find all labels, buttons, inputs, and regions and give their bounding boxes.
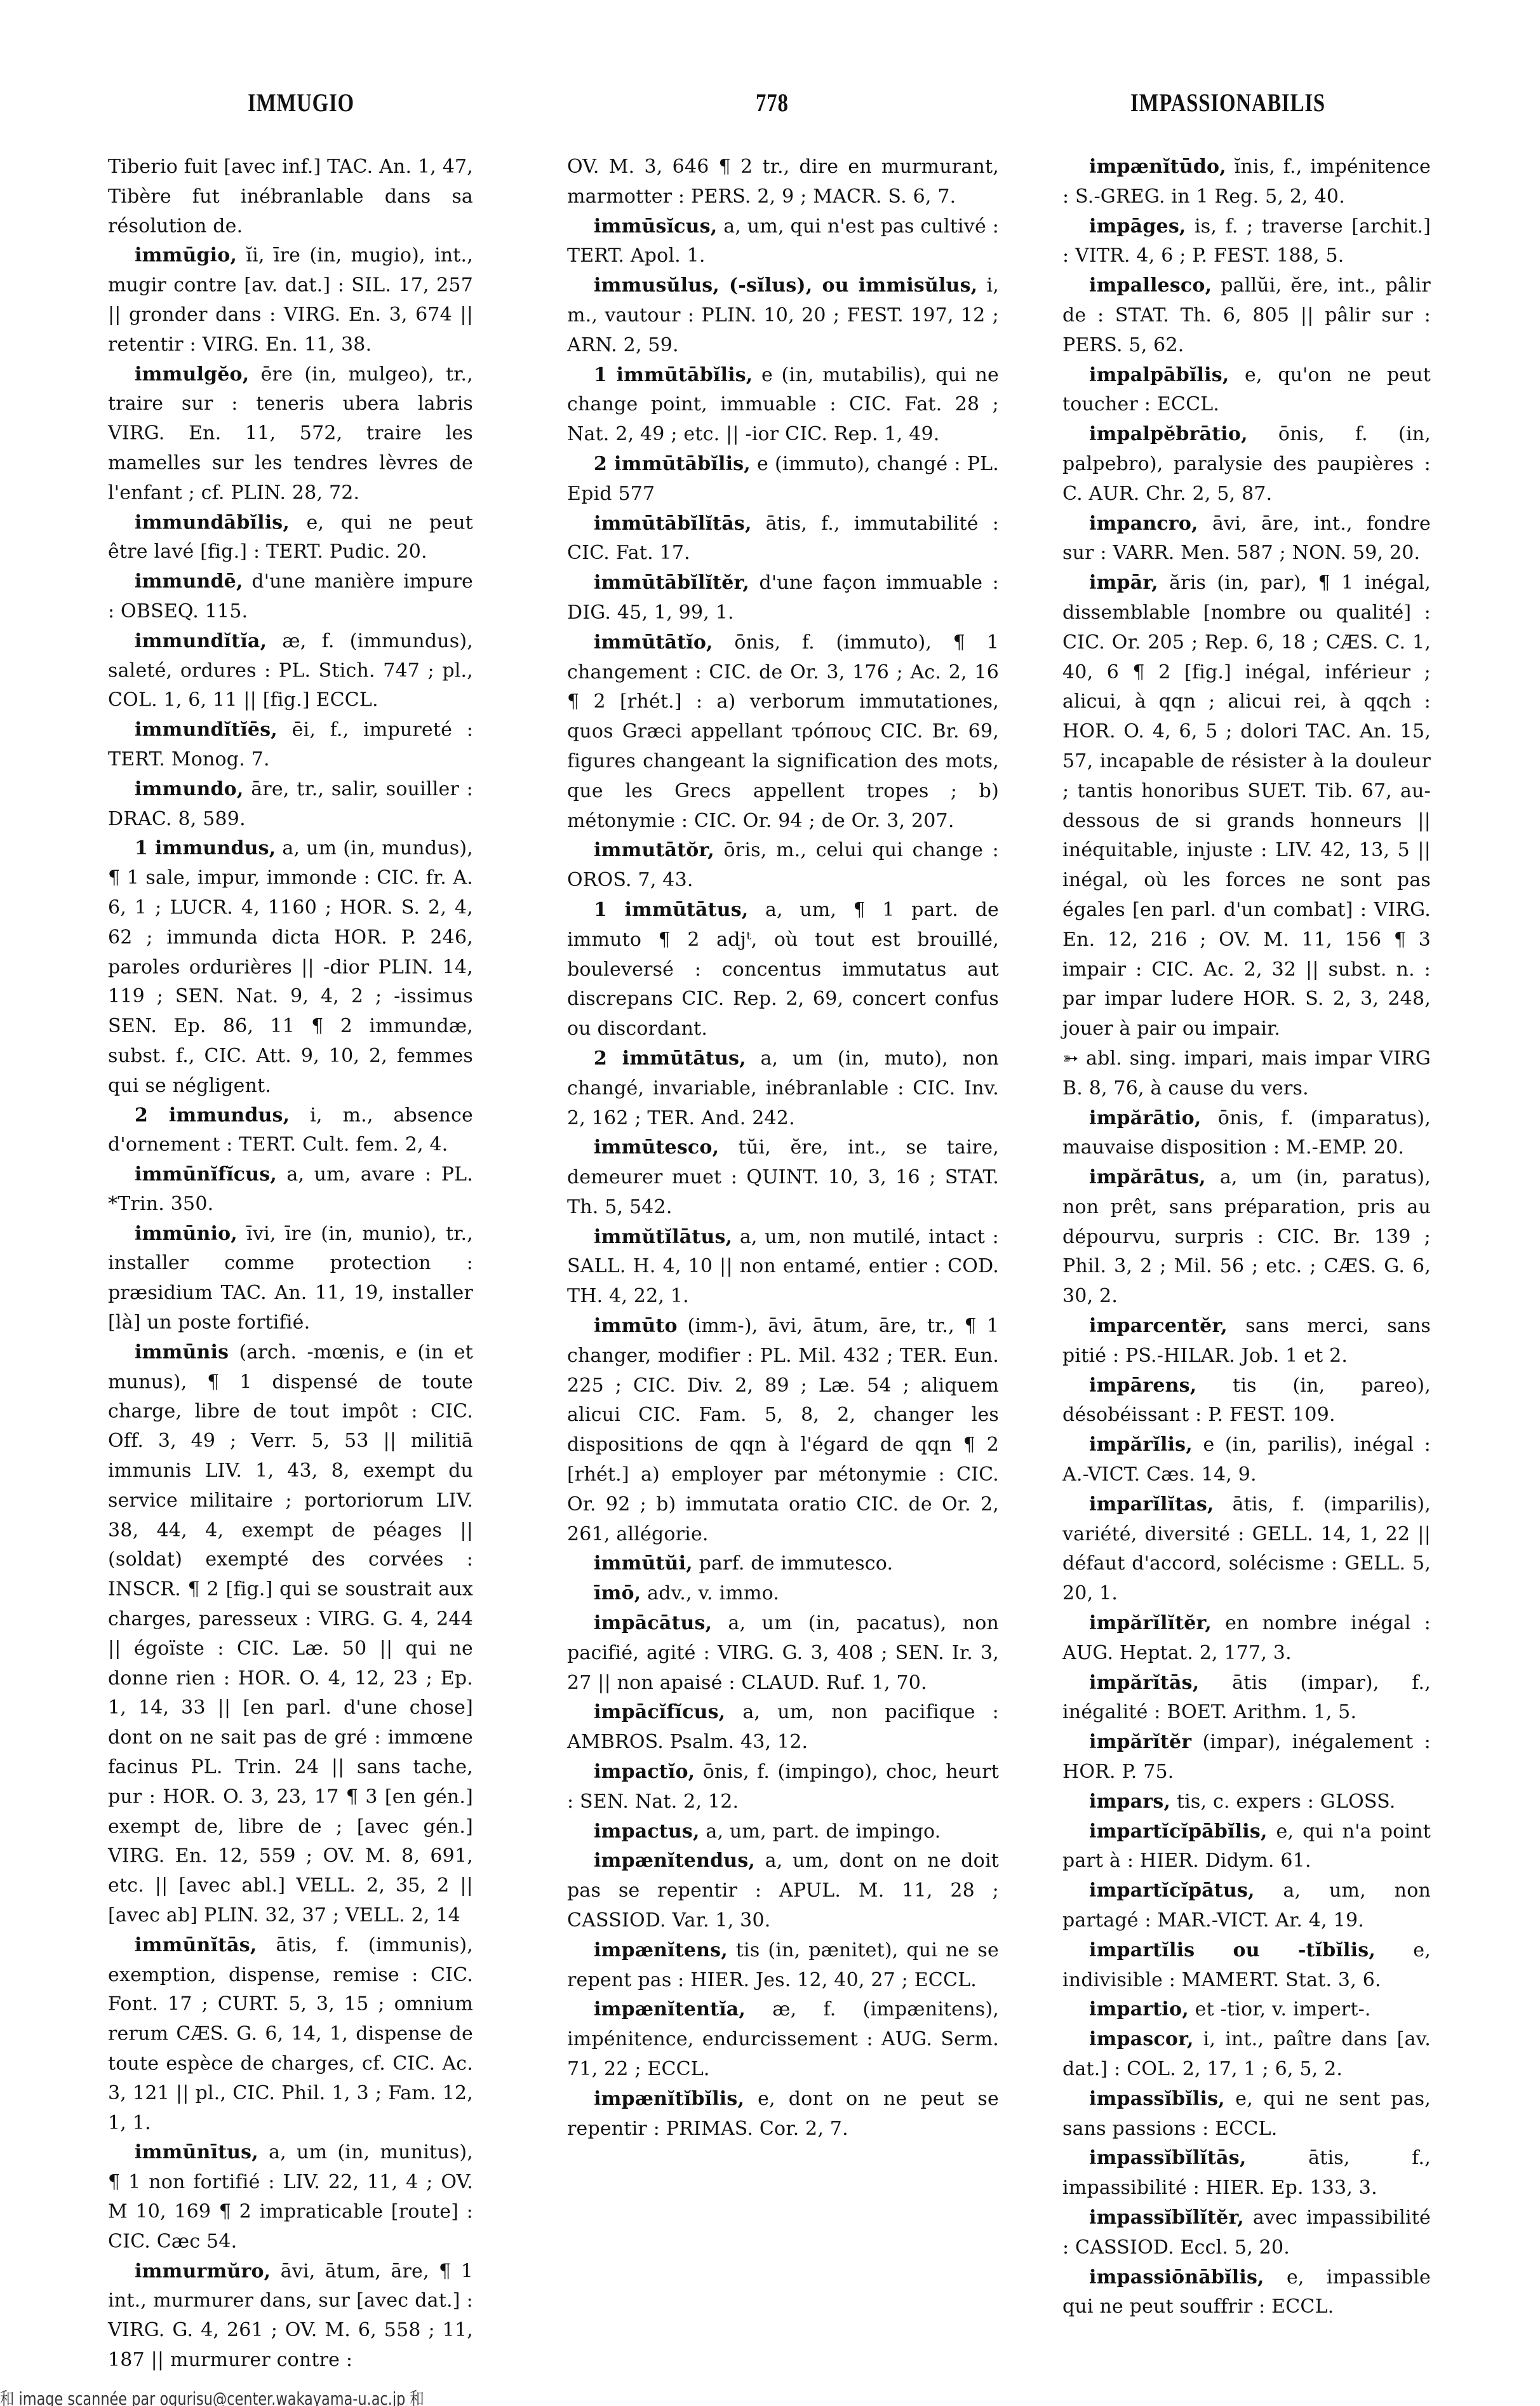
dictionary-entry: impartĭcĭpābĭlis, e, qui n'a point part … xyxy=(1062,1817,1431,1877)
entry-headword: immūsĭcus, xyxy=(594,215,717,238)
dictionary-entry: immusŭlus, (-sĭlus), ou immisŭlus, i, m.… xyxy=(567,271,999,360)
entry-headword: immūtŭi, xyxy=(594,1552,693,1575)
page-number: 778 xyxy=(756,88,789,118)
dictionary-entry: 1 immundus, a, um (in, mundus), ¶ 1 sale… xyxy=(108,834,473,1101)
right-guide-word: IMPASSIONABILIS xyxy=(1130,88,1325,118)
entry-headword: 1 immūtābĭlis, xyxy=(594,364,753,386)
entry-headword: imparĭlĭtas, xyxy=(1089,1493,1214,1516)
entry-definition: ăris (in, par), ¶ 1 inégal, dissemblable… xyxy=(1062,572,1431,1040)
entry-headword: impāges, xyxy=(1089,215,1186,238)
dictionary-entry: impassĭbĭlĭtās, ātis, f., impassibilité … xyxy=(1062,2144,1431,2203)
entry-headword: impărātus, xyxy=(1089,1166,1206,1188)
entry-headword: immūtesco, xyxy=(594,1136,719,1159)
entry-headword: impactĭo, xyxy=(594,1761,695,1783)
entry-headword: immutātŏr, xyxy=(594,839,714,861)
entry-headword: impār, xyxy=(1089,572,1158,594)
dictionary-entry: impascor, i, int., paître dans [av. dat.… xyxy=(1062,2025,1431,2085)
entry-definition: et -tior, v. impert-. xyxy=(1195,1998,1371,2020)
scan-credit: 和 image scannée par ogurisu@center.wakay… xyxy=(0,2385,424,2406)
entry-headword: impænĭtentĭa, xyxy=(594,1998,746,2020)
entry-headword: impænĭtūdo, xyxy=(1089,156,1226,178)
dictionary-entry: impartĭcĭpātus, a, um, non partagé : MAR… xyxy=(1062,1876,1431,1936)
dictionary-entry: 2 immūtātus, a, um (in, muto), non chang… xyxy=(567,1044,999,1133)
entry-definition: (imm-), āvi, ātum, āre, tr., ¶ 1 changer… xyxy=(567,1315,999,1545)
column-2: OV. M. 3, 646 ¶ 2 tr., dire en murmurant… xyxy=(567,152,999,2144)
entry-headword: impărĭlĭtĕr, xyxy=(1089,1612,1212,1634)
entry-headword: immūtābĭlĭtās, xyxy=(594,513,752,535)
entry-headword: impassiōnābĭlis, xyxy=(1089,2266,1264,2288)
entry-headword: immundo, xyxy=(135,778,244,800)
entry-headword: impalpĕbrātio, xyxy=(1089,423,1248,445)
entry-headword: 2 immūtābĭlis, xyxy=(594,453,751,475)
entry-definition: adv., v. immo. xyxy=(647,1582,779,1604)
entry-headword: immulgĕo, xyxy=(135,363,249,386)
dictionary-entry: impartio, et -tior, v. impert-. xyxy=(1062,1995,1431,2025)
dictionary-entry: immūtātĭo, ōnis, f. (immuto), ¶ 1 change… xyxy=(567,628,999,837)
dictionary-entry: impărĭtās, ātis (impar), f., inégalité :… xyxy=(1062,1669,1431,1728)
entry-headword: impartĭcĭpābĭlis, xyxy=(1089,1820,1268,1843)
dictionary-entry: īmō, adv., v. immo. xyxy=(567,1579,999,1609)
dictionary-entry: impalpābĭlis, e, qu'on ne peut toucher :… xyxy=(1062,361,1431,420)
entry-headword: 1 immūtātus, xyxy=(594,899,748,921)
column-1: Tiberio fuit [avec inf.] TAC. An. 1, 47,… xyxy=(108,152,473,2376)
dictionary-entry: impărĭlĭtĕr, en nombre inégal : AUG. Hep… xyxy=(1062,1609,1431,1669)
dictionary-entry: immūtābĭlĭtĕr, d'une façon immuable : DI… xyxy=(567,568,999,628)
entry-headword: impărĭlis, xyxy=(1089,1434,1193,1456)
entry-headword: impartĭlis ou -tĭbĭlis, xyxy=(1089,1939,1376,1961)
dictionary-entry: Tiberio fuit [avec inf.] TAC. An. 1, 47,… xyxy=(108,152,473,241)
dictionary-entry: 1 immūtātus, a, um, ¶ 1 part. de immuto … xyxy=(567,896,999,1044)
dictionary-entry: immundĭtĭa, æ, f. (immundus), saleté, or… xyxy=(108,627,473,716)
dictionary-entry: immutātŏr, ōris, m., celui qui change : … xyxy=(567,836,999,896)
entry-headword: impārens, xyxy=(1089,1374,1196,1397)
entry-headword: impascor, xyxy=(1089,2028,1194,2050)
entry-headword: 2 immūtātus, xyxy=(594,1047,746,1070)
dictionary-entry: impassĭbĭlĭtĕr, avec impassibilité : CAS… xyxy=(1062,2203,1431,2263)
dictionary-entry: immūtŭi, parf. de immutesco. xyxy=(567,1549,999,1579)
dictionary-entry: immūnis (arch. -mœnis, e (in et munus), … xyxy=(108,1338,473,1931)
dictionary-entry: impactus, a, um, part. de impingo. xyxy=(567,1817,999,1847)
entry-headword: immūto xyxy=(594,1315,678,1337)
entry-headword: impācātus, xyxy=(594,1612,712,1634)
left-guide-word: IMMUGIO xyxy=(248,88,354,118)
entry-headword: immundĭtĭa, xyxy=(135,630,267,652)
entry-definition: Tiberio fuit [avec inf.] TAC. An. 1, 47,… xyxy=(108,156,473,237)
entry-definition: parf. de immutesco. xyxy=(699,1552,894,1575)
dictionary-entry: impācātus, a, um (in, pacatus), non paci… xyxy=(567,1609,999,1698)
entry-headword: impancro, xyxy=(1089,513,1198,535)
entry-headword: immūgio, xyxy=(135,245,237,267)
entry-definition: a, um (in, mundus), ¶ 1 sale, impur, imm… xyxy=(108,837,473,1096)
entry-headword: immūnio, xyxy=(135,1223,238,1245)
entry-headword: immūnĭfĭcus, xyxy=(135,1164,277,1186)
entry-headword: impācĭfĭcus, xyxy=(594,1701,725,1723)
dictionary-entry: immūsĭcus, a, um, qui n'est pas cultivé … xyxy=(567,212,999,272)
entry-headword: imparcentĕr, xyxy=(1089,1315,1228,1337)
entry-headword: impænĭtendus, xyxy=(594,1850,755,1872)
entry-headword: impartio, xyxy=(1089,1998,1189,2020)
entry-headword: impărĭtĕr xyxy=(1089,1731,1191,1753)
dictionary-entry: impassiōnābĭlis, e, impassible qui ne pe… xyxy=(1062,2263,1431,2323)
dictionary-entry: immundē, d'une manière impure : OBSEQ. 1… xyxy=(108,567,473,626)
dictionary-entry: impār, ăris (in, par), ¶ 1 inégal, disse… xyxy=(1062,568,1431,1044)
dictionary-entry: impărĭlis, e (in, parilis), inégal : A.-… xyxy=(1062,1430,1431,1490)
entry-headword: īmō, xyxy=(594,1582,641,1604)
dictionary-entry: imparcentĕr, sans merci, sans pitié : PS… xyxy=(1062,1312,1431,1371)
entry-headword: immūtābĭlĭtĕr, xyxy=(594,572,749,594)
dictionary-entry: 2 immūtābĭlis, e (immuto), changé : PL. … xyxy=(567,450,999,509)
entry-headword: impărātio, xyxy=(1089,1107,1202,1129)
dictionary-entry: OV. M. 3, 646 ¶ 2 tr., dire en murmurant… xyxy=(567,152,999,212)
entry-headword: impars, xyxy=(1089,1791,1170,1813)
running-header: IMMUGIO 778 IMPASSIONABILIS xyxy=(0,88,1540,126)
entry-headword: impænĭtĭbĭlis, xyxy=(594,2088,744,2110)
dictionary-entry: impænĭtendus, a, um, dont on ne doit pas… xyxy=(567,1846,999,1935)
entry-headword: 1 immundus, xyxy=(135,837,276,859)
dictionary-entry: impactĭo, ōnis, f. (impingo), choc, heur… xyxy=(567,1757,999,1817)
dictionary-entry: impācĭfĭcus, a, um, non pacifique : AMBR… xyxy=(567,1698,999,1757)
dictionary-entry: immūnio, īvi, īre (in, munio), tr., inst… xyxy=(108,1220,473,1338)
dictionary-entry: impărĭtĕr (impar), inégalement : HOR. P.… xyxy=(1062,1728,1431,1787)
entry-headword: immundĭtĭēs, xyxy=(135,719,278,741)
dictionary-entry: immundābĭlis, e, qui ne peut être lavé [… xyxy=(108,508,473,567)
entry-headword: impassĭbĭlis, xyxy=(1089,2088,1225,2110)
dictionary-entry: immūgio, ĭi, īre (in, mugio), int., mugi… xyxy=(108,241,473,360)
column-3: impænĭtūdo, ĭnis, f., impénitence : S.-G… xyxy=(1062,152,1431,2322)
entry-headword: immŭtĭlātus, xyxy=(594,1226,732,1248)
dictionary-entry: immūnĭfĭcus, a, um, avare : PL. *Trin. 3… xyxy=(108,1160,473,1220)
dictionary-entry: imparĭlĭtas, ātis, f. (imparilis), varié… xyxy=(1062,1490,1431,1609)
dictionary-entry: impænĭtens, tis (in, pænitet), qui ne se… xyxy=(567,1936,999,1996)
entry-definition: (arch. -mœnis, e (in et munus), ¶ 1 disp… xyxy=(108,1341,473,1927)
dictionary-entry: immūto (imm-), āvi, ātum, āre, tr., ¶ 1 … xyxy=(567,1312,999,1549)
dictionary-entry: immūnĭtās, ātis, f. (immunis), exemption… xyxy=(108,1931,473,2139)
dictionary-entry: ➳ abl. sing. impari, mais impar VIRG B. … xyxy=(1062,1044,1431,1104)
dictionary-entry: impalpĕbrātio, ōnis, f. (in, palpebro), … xyxy=(1062,420,1431,509)
dictionary-entry: immūtesco, tŭi, ĕre, int., se taire, dem… xyxy=(567,1133,999,1222)
dictionary-entry: impænĭtūdo, ĭnis, f., impénitence : S.-G… xyxy=(1062,152,1431,212)
dictionary-entry: immulgĕo, ēre (in, mulgeo), tr., traire … xyxy=(108,360,473,508)
entry-headword: impalpābĭlis, xyxy=(1089,364,1229,386)
entry-headword: impallesco, xyxy=(1089,274,1212,297)
dictionary-entry: impărātus, a, um (in, paratus), non prêt… xyxy=(1062,1163,1431,1312)
dictionary-entry: impallesco, pallŭi, ĕre, int., pâlir de … xyxy=(1062,271,1431,360)
entry-headword: immūtātĭo, xyxy=(594,631,713,654)
entry-headword: immūnĭtās, xyxy=(135,1934,257,1956)
entry-headword: immundābĭlis, xyxy=(135,511,290,534)
dictionary-entry: impārens, tis (in, pareo), désobéissant … xyxy=(1062,1371,1431,1431)
dictionary-entry: impassĭbĭlis, e, qui ne sent pas, sans p… xyxy=(1062,2085,1431,2144)
entry-definition: ➳ abl. sing. impari, mais impar VIRG B. … xyxy=(1062,1047,1431,1099)
dictionary-entry: impænĭtentĭa, æ, f. (impænitens), impéni… xyxy=(567,1995,999,2084)
dictionary-entry: impancro, āvi, āre, int., fondre sur : V… xyxy=(1062,509,1431,569)
entry-definition: tis, c. expers : GLOSS. xyxy=(1177,1791,1396,1813)
entry-definition: OV. M. 3, 646 ¶ 2 tr., dire en murmurant… xyxy=(567,156,999,208)
entry-headword: 2 immundus, xyxy=(135,1104,290,1126)
dictionary-entry: 2 immundus, i, m., absence d'ornement : … xyxy=(108,1101,473,1160)
entry-headword: impărĭtās, xyxy=(1089,1672,1199,1694)
dictionary-entry: impænĭtĭbĭlis, e, dont on ne peut se rep… xyxy=(567,2085,999,2144)
dictionary-entry: immūtābĭlĭtās, ātis, f., immutabilité : … xyxy=(567,509,999,569)
entry-definition: ōnis, f. (immuto), ¶ 1 changement : CIC.… xyxy=(567,631,999,832)
dictionary-entry: immŭtĭlātus, a, um, non mutilé, intact :… xyxy=(567,1223,999,1312)
entry-headword: impactus, xyxy=(594,1820,700,1843)
dictionary-entry: impărātio, ōnis, f. (imparatus), mauvais… xyxy=(1062,1104,1431,1164)
entry-headword: immusŭlus, (-sĭlus), ou immisŭlus, xyxy=(594,274,977,297)
dictionary-entry: immundĭtĭēs, ēi, f., impureté : TERT. Mo… xyxy=(108,716,473,775)
dictionary-entry: 1 immūtābĭlis, e (in, mutabilis), qui ne… xyxy=(567,361,999,450)
entry-headword: impassĭbĭlĭtās, xyxy=(1089,2147,1247,2169)
entry-definition: a, um, part. de impingo. xyxy=(706,1820,941,1843)
entry-definition: ātis, f. (immunis), exemption, dispense,… xyxy=(108,1934,473,2134)
entry-headword: immurmŭro, xyxy=(135,2260,271,2282)
entry-headword: immūnis xyxy=(135,1341,229,1364)
dictionary-entry: impars, tis, c. expers : GLOSS. xyxy=(1062,1787,1431,1817)
entry-headword: impartĭcĭpātus, xyxy=(1089,1879,1255,1902)
entry-headword: immūnītus, xyxy=(135,2141,258,2163)
entry-headword: impænĭtens, xyxy=(594,1939,728,1961)
entry-headword: impassĭbĭlĭtĕr, xyxy=(1089,2207,1244,2229)
dictionary-entry: immūnītus, a, um (in, munitus), ¶ 1 non … xyxy=(108,2138,473,2257)
entry-headword: immundē, xyxy=(135,570,243,593)
dictionary-entry: immundo, āre, tr., salir, souiller : DRA… xyxy=(108,775,473,834)
dictionary-entry: immurmŭro, āvi, ātum, āre, ¶ 1 int., mur… xyxy=(108,2257,473,2376)
dictionary-entry: impāges, is, f. ; traverse [archit.] : V… xyxy=(1062,212,1431,272)
dictionary-entry: impartĭlis ou -tĭbĭlis, e, indivisible :… xyxy=(1062,1936,1431,1996)
